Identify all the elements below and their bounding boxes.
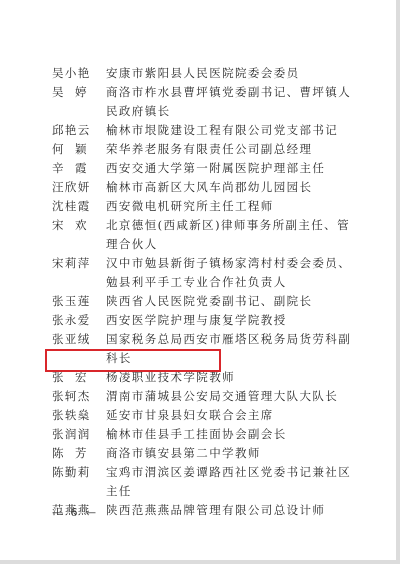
list-item: 辛 霞 西安交通大学第一附属医院护理部主任 bbox=[52, 159, 352, 178]
person-name: 张润润 bbox=[52, 425, 106, 444]
person-title: 延安市甘泉县妇女联合会主席 bbox=[106, 406, 352, 425]
list-item: 陈 芳 商洛市镇安县第二中学教师 bbox=[52, 444, 352, 463]
person-name: 汪欣妍 bbox=[52, 178, 106, 197]
person-title: 国家税务总局西安市雁塔区税务局货劳科副科长 bbox=[106, 330, 352, 368]
person-title: 北京德恒(西咸新区)律师事务所副主任、管理合伙人 bbox=[106, 216, 352, 254]
person-name: 何 颖 bbox=[52, 140, 106, 159]
person-title: 西安医学院护理与康复学院教授 bbox=[106, 311, 352, 330]
person-name: 张 宏 bbox=[52, 368, 106, 387]
person-title: 安康市紫阳县人民医院院委会委员 bbox=[106, 64, 352, 83]
list-item-highlighted: 张 宏 杨凌职业技术学院教师 bbox=[52, 368, 352, 387]
person-name: 张永爱 bbox=[52, 311, 106, 330]
list-item: 何 颖 荣华养老服务有限责任公司副总经理 bbox=[52, 140, 352, 159]
person-name: 辛 霞 bbox=[52, 159, 106, 178]
person-title: 渭南市蒲城县公安局交通管理大队大队长 bbox=[106, 387, 352, 406]
list-item: 张轲杰 渭南市蒲城县公安局交通管理大队大队长 bbox=[52, 387, 352, 406]
list-item: 张轶燊 延安市甘泉县妇女联合会主席 bbox=[52, 406, 352, 425]
list-item: 沈桂霞 西安微电机研究所主任工程师 bbox=[52, 197, 352, 216]
list-item: 宋 欢 北京德恒(西咸新区)律师事务所副主任、管理合伙人 bbox=[52, 216, 352, 254]
person-title: 陕西省人民医院党委副书记、副院长 bbox=[106, 292, 352, 311]
person-title: 西安微电机研究所主任工程师 bbox=[106, 197, 352, 216]
person-title: 汉中市勉县新街子镇杨家湾村村委会委员、勉县利平手工专业合作社负责人 bbox=[106, 254, 352, 292]
person-title: 杨凌职业技术学院教师 bbox=[106, 368, 352, 387]
page-shadow-right bbox=[396, 0, 400, 564]
person-name: 陈 芳 bbox=[52, 444, 106, 463]
list-item: 汪欣妍 榆林市高新区大风车尚郡幼儿园园长 bbox=[52, 178, 352, 197]
document-page: 吴小艳 安康市紫阳县人民医院院委会委员 吴 婷 商洛市柞水县曹坪镇党委副书记、曹… bbox=[0, 0, 396, 560]
person-title: 西安交通大学第一附属医院护理部主任 bbox=[106, 159, 352, 178]
list-item: 陈勤莉 宝鸡市渭滨区姜谭路西社区党委书记兼社区主任 bbox=[52, 463, 352, 501]
list-item: 宋莉萍 汉中市勉县新街子镇杨家湾村村委会委员、勉县利平手工专业合作社负责人 bbox=[52, 254, 352, 292]
person-title: 商洛市镇安县第二中学教师 bbox=[106, 444, 352, 463]
person-title: 陕西范燕燕品牌管理有限公司总设计师 bbox=[106, 501, 352, 520]
page-shadow-bottom bbox=[0, 560, 400, 564]
person-title: 荣华养老服务有限责任公司副总经理 bbox=[106, 140, 352, 159]
person-title: 榆林市垠陇建设工程有限公司党支部书记 bbox=[106, 121, 352, 140]
person-title: 宝鸡市渭滨区姜谭路西社区党委书记兼社区主任 bbox=[106, 463, 352, 501]
list-item: 张润润 榆林市佳县手工挂面协会副会长 bbox=[52, 425, 352, 444]
person-name: 宋 欢 bbox=[52, 216, 106, 235]
person-title: 商洛市柞水县曹坪镇党委副书记、曹坪镇人民政府镇长 bbox=[106, 83, 352, 121]
person-name: 邱艳云 bbox=[52, 121, 106, 140]
person-title: 榆林市高新区大风车尚郡幼儿园园长 bbox=[106, 178, 352, 197]
person-name: 张轶燊 bbox=[52, 406, 106, 425]
list-item: 吴小艳 安康市紫阳县人民医院院委会委员 bbox=[52, 64, 352, 83]
person-name: 吴小艳 bbox=[52, 64, 106, 83]
person-name: 沈桂霞 bbox=[52, 197, 106, 216]
person-name: 张轲杰 bbox=[52, 387, 106, 406]
person-name: 吴 婷 bbox=[52, 83, 106, 102]
page-number: — 6 — bbox=[52, 506, 98, 519]
person-name: 宋莉萍 bbox=[52, 254, 106, 273]
list-item: 吴 婷 商洛市柞水县曹坪镇党委副书记、曹坪镇人民政府镇长 bbox=[52, 83, 352, 121]
person-name: 陈勤莉 bbox=[52, 463, 106, 482]
list-item: 张永爱 西安医学院护理与康复学院教授 bbox=[52, 311, 352, 330]
person-name: 张亚绒 bbox=[52, 330, 106, 349]
person-title: 榆林市佳县手工挂面协会副会长 bbox=[106, 425, 352, 444]
name-list: 吴小艳 安康市紫阳县人民医院院委会委员 吴 婷 商洛市柞水县曹坪镇党委副书记、曹… bbox=[52, 64, 352, 520]
list-item: 邱艳云 榆林市垠陇建设工程有限公司党支部书记 bbox=[52, 121, 352, 140]
list-item: 张玉莲 陕西省人民医院党委副书记、副院长 bbox=[52, 292, 352, 311]
person-name: 张玉莲 bbox=[52, 292, 106, 311]
list-item: 张亚绒 国家税务总局西安市雁塔区税务局货劳科副科长 bbox=[52, 330, 352, 368]
